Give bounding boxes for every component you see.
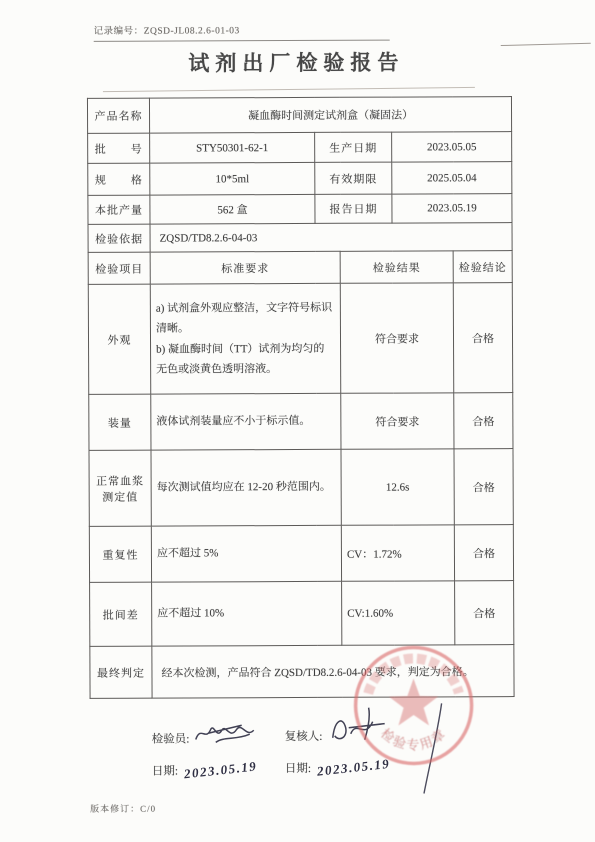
version-footer: 版本修订：C/0 (90, 802, 156, 815)
conclusion-normal-plasma: 合格 (454, 449, 513, 525)
table-row: 正常血浆测定值 每次测试值均应在 12-20 秒范围内。 12.6s 合格 (89, 449, 513, 527)
scan-line-artifact (103, 87, 475, 92)
product-name-value: 凝血酶时间测定试剂盒（凝固法） (149, 97, 511, 134)
inspector-date-label: 日期: (152, 763, 178, 779)
result-fill-volume: 符合要求 (341, 393, 454, 449)
reviewer-label: 复核人: (285, 728, 323, 744)
expiry-date-label: 有效期限 (315, 162, 392, 194)
batch-no-value: STY50301-62-1 (150, 132, 315, 163)
item-repeatability: 重复性 (89, 526, 151, 582)
table-header-row: 检验项目 标准要求 检验结果 检验结论 (88, 251, 512, 285)
inspection-basis-label: 检验依据 (88, 224, 150, 252)
report-title: 试剂出厂检验报告 (0, 46, 594, 79)
scanned-report-page: 记录编号：ZQSD-JL08.2.6-01-03 试剂出厂检验报告 产品名称 凝… (0, 0, 595, 842)
stamp-star-icon (389, 678, 439, 725)
requirement-repeatability: 应不超过 5% (151, 525, 341, 582)
item-fill-volume: 装量 (89, 394, 151, 450)
table-row: 批 号 STY50301-62-1 生产日期 2023.05.05 (88, 132, 512, 164)
table-row: 产品名称 凝血酶时间测定试剂盒（凝固法） (87, 97, 511, 134)
table-row: 批间差 应不超过 10% CV:1.60% 合格 (90, 581, 514, 647)
expiry-date-value: 2025.05.04 (392, 162, 512, 195)
conclusion-batch-variation: 合格 (455, 581, 514, 645)
inspector-date-handwritten: 2023.05.19 (183, 758, 258, 782)
batch-qty-value: 562 盒 (150, 194, 315, 224)
record-number-label: 记录编号： (94, 27, 144, 37)
col-header-conclusion: 检验结论 (453, 251, 512, 283)
requirement-batch-variation: 应不超过 10% (152, 581, 342, 646)
result-batch-variation: CV:1.60% (342, 581, 455, 645)
table-row: 重复性 应不超过 5% CV：1.72% 合格 (89, 525, 513, 583)
stamp-bottom-text: 检验专用章 (378, 725, 449, 752)
table-row: 装量 液体试剂装量应不小于标示值。 符合要求 合格 (89, 393, 513, 451)
record-number-value: ZQSD-JL08.2.6-01-03 (144, 26, 240, 36)
svg-text:检验专用章: 检验专用章 (378, 725, 449, 752)
col-header-item: 检验项目 (88, 252, 150, 284)
result-repeatability: CV：1.72% (341, 525, 454, 581)
document-content: 记录编号：ZQSD-JL08.2.6-01-03 试剂出厂检验报告 产品名称 凝… (0, 0, 595, 842)
requirement-appearance: a) 试剂盒外观应整洁，文字符号标识清晰。 b) 凝血酶时间（TT）试剂为均匀的… (150, 283, 340, 394)
spec-label: 规 格 (88, 163, 150, 195)
conclusion-repeatability: 合格 (454, 525, 513, 581)
inspection-basis-value: ZQSD/TD8.2.6-04-03 (150, 223, 512, 253)
production-date-value: 2023.05.05 (392, 132, 512, 163)
batch-no-label: 批 号 (88, 133, 150, 163)
inspector-signature-icon (191, 720, 257, 746)
result-appearance: 符合要求 (340, 283, 453, 393)
conclusion-appearance: 合格 (453, 283, 513, 393)
item-appearance: 外观 (88, 284, 150, 394)
record-number: 记录编号：ZQSD-JL08.2.6-01-03 (94, 22, 390, 42)
col-header-requirement: 标准要求 (150, 251, 340, 284)
item-batch-variation: 批间差 (90, 582, 152, 646)
result-normal-plasma: 12.6s (341, 449, 454, 525)
requirement-fill-volume: 液体试剂装量应不小于标示值。 (151, 393, 341, 450)
inspection-seal-stamp: 检验专用章 (349, 641, 480, 772)
requirement-normal-plasma: 每次测试值均应在 12-20 秒范围内。 (151, 449, 341, 526)
inspection-report-table: 产品名称 凝血酶时间测定试剂盒（凝固法） 批 号 STY50301-62-1 生… (87, 96, 515, 699)
report-date-value: 2023.05.19 (392, 194, 512, 224)
inspector-label: 检验员: (152, 730, 190, 746)
product-name-label: 产品名称 (87, 98, 149, 133)
reviewer-date-label: 日期: (285, 760, 311, 776)
production-date-label: 生产日期 (315, 132, 392, 162)
table-row: 规 格 10*5ml 有效期限 2025.05.04 (88, 162, 512, 196)
final-judgement-label: 最终判定 (90, 646, 152, 698)
table-row: 检验依据 ZQSD/TD8.2.6-04-03 (88, 223, 512, 253)
item-normal-plasma: 正常血浆测定值 (89, 450, 151, 526)
col-header-result: 检验结果 (340, 251, 453, 283)
batch-qty-label: 本批产量 (88, 195, 150, 224)
table-row: 外观 a) 试剂盒外观应整洁，文字符号标识清晰。 b) 凝血酶时间（TT）试剂为… (88, 283, 513, 395)
inspector-signature-block: 检验员: 日期: 2023.05.19 (152, 720, 258, 778)
conclusion-fill-volume: 合格 (454, 393, 513, 449)
spec-value: 10*5ml (150, 162, 315, 195)
table-row: 本批产量 562 盒 报告日期 2023.05.19 (88, 194, 512, 225)
report-date-label: 报告日期 (315, 194, 392, 223)
